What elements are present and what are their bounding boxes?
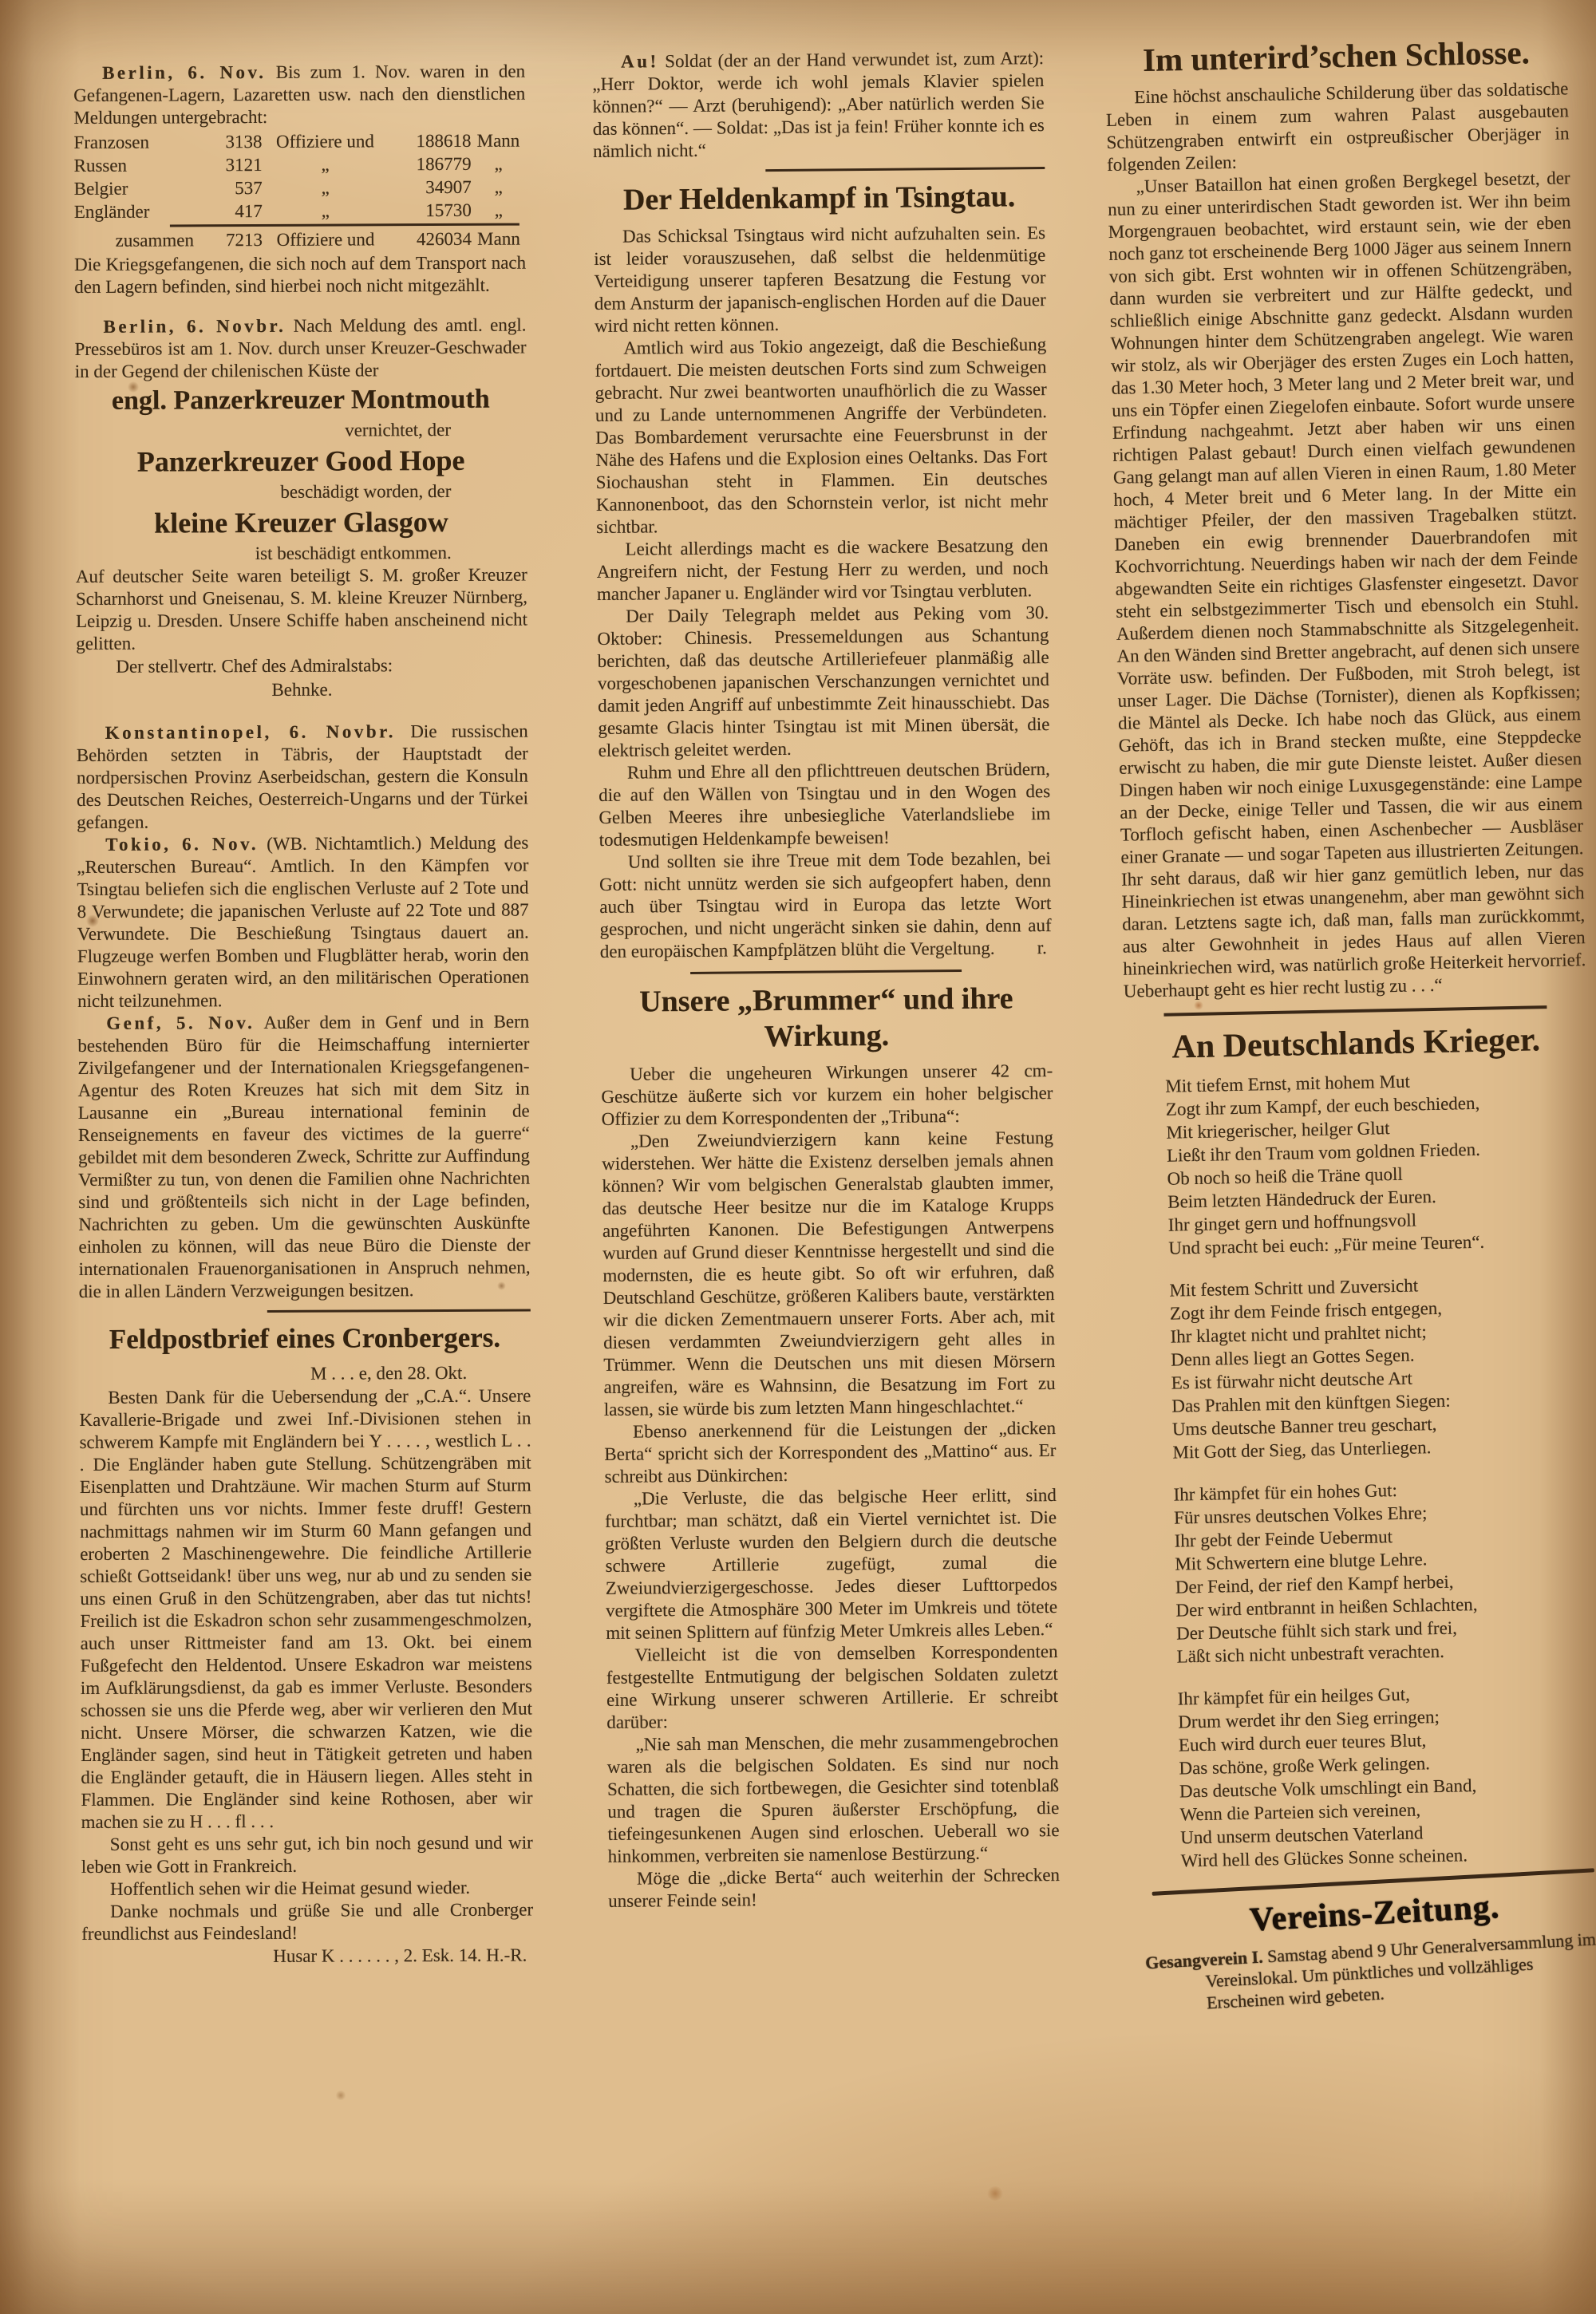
- paragraph: „Die Verluste, die das belgische Heer er…: [605, 1484, 1058, 1645]
- table-sum-row: zusammen 7213 Offiziere und 426034 Mann: [74, 227, 526, 252]
- headline-feldpostbrief: Feldpostbrief eines Cronbergers.: [79, 1321, 531, 1356]
- signature-role: Der stellvertr. Chef des Admiralstabs:: [76, 653, 527, 678]
- section-divider: [690, 969, 962, 974]
- poem-an-deutschlands-krieger: An Deutschlands Krieger. Mit tiefem Erns…: [1124, 1019, 1596, 1873]
- table-cell: Mann: [471, 129, 525, 152]
- table-cell: Offiziere und: [263, 227, 389, 251]
- paragraph: „Nie sah man Menschen, die mehr zusammen…: [606, 1730, 1059, 1868]
- table-cell: Mann: [472, 227, 526, 251]
- paragraph: Leicht allerdings macht es die wackere B…: [596, 535, 1049, 606]
- table-cell: 426034: [389, 227, 472, 251]
- prisoner-table: Franzosen 3138 Offiziere und 188618 Mann…: [73, 129, 526, 252]
- poem-stanza: Mit festem Schritt und Zuversicht Zogt i…: [1169, 1270, 1596, 1464]
- paragraph: Danke nochmals und grüße Sie und alle Cr…: [81, 1898, 533, 1945]
- paragraph: Ruhm und Ehre all den pflichttreuen deut…: [598, 758, 1051, 851]
- table-cell: „: [472, 176, 526, 199]
- paragraph: Besten Dank für die Uebersendung der „C.…: [79, 1384, 532, 1833]
- table-cell: Offiziere und: [262, 129, 388, 153]
- table-cell: 3138: [193, 130, 262, 153]
- paragraph: Ueber die ungeheuren Wirkungen unserer 4…: [601, 1060, 1053, 1131]
- article-genf: Genf, 5. Nov. Außer dem in Genf und in B…: [77, 1010, 531, 1302]
- paragraph: Amtlich wird aus Tokio angezeigt, daß di…: [595, 334, 1048, 539]
- column-right: Im unterird’schen Schlosse. Eine höchst …: [1104, 32, 1596, 2016]
- dateline-konstantinopel: Konstantinopel, 6. Novbr.: [105, 721, 396, 743]
- paragraph: Das Schicksal Tsingtaus wird nicht aufzu…: [594, 222, 1046, 338]
- paper-stain: [335, 2091, 346, 2100]
- notice-text: Samstag abend 9 Uhr Generalversammlung i…: [1205, 1929, 1596, 2012]
- paragraph: Sonst geht es uns sehr gut, ich bin noch…: [81, 1831, 533, 1878]
- paragraph: Die Kriegsgefangenen, die sich noch auf …: [74, 252, 526, 298]
- column-middle: Au! Soldat (der an der Hand verwundet is…: [592, 47, 1060, 1913]
- article-heldenkampf-tsingtau: Der Heldenkampf in Tsingtau. Das Schicks…: [593, 179, 1052, 962]
- table-cell: Franzosen: [73, 130, 193, 154]
- paragraph: Und sollten sie ihre Treue mit dem Tode …: [599, 847, 1052, 963]
- table-cell: 3121: [194, 153, 263, 176]
- table-cell: Engländer: [74, 199, 194, 223]
- paragraph: Berlin, 6. Novbr. Nach Meldung des amtl.…: [74, 314, 526, 383]
- paragraph: „Den Zweiundvierzigern kann keine Festun…: [602, 1127, 1056, 1421]
- headline-good-hope: Panzerkreuzer Good Hope: [75, 442, 527, 480]
- section-divider: [1163, 1005, 1547, 1017]
- table-row: Franzosen 3138 Offiziere und 188618 Mann: [73, 129, 525, 154]
- poem-stanza: Ihr kämpfet für ein hohes Gut: Für unsre…: [1173, 1475, 1596, 1668]
- paragraph: Berlin, 6. Nov. Bis zum 1. Nov. waren in…: [73, 61, 525, 129]
- joke-lead: Au!: [621, 51, 659, 71]
- table-cell: 7213: [194, 228, 263, 251]
- dateline-tokio: Tokio, 6. Nov.: [105, 833, 259, 854]
- paragraph: „Unser Bataillon hat einen großen Bergke…: [1107, 168, 1586, 1003]
- table-cell: „: [262, 152, 388, 176]
- paragraph: Konstantinopel, 6. Novbr. Die russischen…: [77, 720, 529, 833]
- headline-sub: ist beschädigt entkommen.: [76, 541, 527, 565]
- section-vereins-zeitung: Vereins-Zeitung. Gesangverein I. Samstag…: [1142, 1867, 1596, 2016]
- table-cell: „: [263, 176, 389, 199]
- dateline-berlin-2: Berlin, 6. Novbr.: [103, 316, 286, 337]
- headline-schloss: Im unterird’schen Schlosse.: [1104, 32, 1568, 81]
- article-konstantinopel: Konstantinopel, 6. Novbr. Die russischen…: [77, 720, 529, 833]
- headline-sub: vernichtet, der: [75, 418, 527, 442]
- headline-brummer: Unsere „Brummer“ und ihre Wirkung.: [600, 981, 1053, 1057]
- article-cruiser-battle: Berlin, 6. Novbr. Nach Meldung des amtl.…: [74, 314, 527, 703]
- headline-heldenkampf: Der Heldenkampf in Tsingtau.: [593, 179, 1045, 219]
- poem-stanza: Ihr kämpfet für ein heilges Gut, Drum we…: [1177, 1679, 1596, 1873]
- poem-stanza: Mit tiefem Ernst, mit hohem Mut Zogt ihr…: [1165, 1066, 1592, 1260]
- paragraph: Eine höchst anschauliche Schilderung übe…: [1105, 78, 1570, 177]
- signature-name: Behnke.: [76, 677, 527, 702]
- article-feldpostbrief: Feldpostbrief eines Cronbergers. M . . .…: [79, 1321, 534, 1968]
- dateline-genf: Genf, 5. Nov.: [106, 1013, 255, 1033]
- letter-dateline: M . . . e, den 28. Okt.: [79, 1360, 531, 1386]
- paragraph: Ebenso anerkennend für die Leistungen de…: [604, 1417, 1057, 1488]
- table-row: Engländer 417 „ 15730 „: [74, 199, 526, 223]
- newspaper-page: Berlin, 6. Nov. Bis zum 1. Nov. waren in…: [0, 0, 1596, 2314]
- paragraph: Au! Soldat (der an der Hand verwundet is…: [592, 47, 1045, 163]
- table-cell: Belgier: [74, 176, 194, 200]
- letter-signature: Husar K . . . . . . , 2. Esk. 14. H.-R.: [81, 1943, 533, 1968]
- paragraph-text: Soldat (der an der Hand verwundet ist, z…: [592, 48, 1045, 161]
- table-cell: 186779: [388, 152, 471, 176]
- paragraph: Hoffentlich sehen wir die Heimat gesund …: [81, 1876, 533, 1900]
- table-cell: „: [263, 199, 389, 223]
- table-cell: Russen: [74, 153, 194, 177]
- paragraph: Auf deutscher Seite waren beteiligt S. M…: [76, 563, 527, 654]
- article-tokio: Tokio, 6. Nov. (WB. Nichtamtlich.) Meldu…: [77, 831, 529, 1012]
- table-cell: 417: [194, 199, 263, 223]
- table-row: Belgier 537 „ 34907 „: [74, 176, 526, 200]
- table-cell: „: [471, 152, 525, 176]
- paragraph-text: Und sollten sie ihre Treue mit dem Tode …: [599, 848, 1052, 962]
- table-cell: „: [472, 199, 526, 222]
- table-row: Russen 3121 „ 186779 „: [74, 152, 526, 177]
- headline-sub: beschädigt worden, der: [75, 480, 527, 503]
- table-cell: 188618: [388, 129, 471, 152]
- paragraph: Vielleicht ist die von demselben Korresp…: [606, 1641, 1058, 1734]
- dateline-berlin-1: Berlin, 6. Nov.: [102, 62, 267, 83]
- paragraph-text: Außer dem in Genf und in Bern bestehende…: [77, 1011, 530, 1301]
- table-cell: 537: [194, 176, 263, 199]
- headline-montmouth: engl. Panzerkreuzer Montmouth: [75, 383, 527, 419]
- paragraph: Genf, 5. Nov. Außer dem in Genf und in B…: [77, 1010, 531, 1302]
- author-initial: r.: [1037, 937, 1047, 959]
- section-divider: [267, 1309, 531, 1312]
- paragraph: Tokio, 6. Nov. (WB. Nichtamtlich.) Meldu…: [77, 831, 529, 1012]
- table-cell: zusammen: [74, 228, 194, 252]
- section-divider: [765, 167, 1045, 172]
- headline-krieger: An Deutschlands Krieger.: [1124, 1019, 1588, 1068]
- table-cell: 15730: [389, 199, 472, 222]
- table-sum-divider: [170, 223, 519, 227]
- paragraph-text: (WB. Nichtamtlich.) Meldung des „Reuters…: [77, 832, 529, 1010]
- article-joke: Au! Soldat (der an der Hand verwundet is…: [592, 47, 1045, 163]
- article-prisoner-report: Berlin, 6. Nov. Bis zum 1. Nov. waren in…: [73, 61, 526, 298]
- article-brummer: Unsere „Brummer“ und ihre Wirkung. Ueber…: [600, 981, 1060, 1913]
- paragraph: Möge die „dicke Berta“ auch weiterhin de…: [608, 1864, 1060, 1913]
- headline-glasgow: kleine Kreuzer Glasgow: [75, 503, 527, 541]
- table-cell: 34907: [389, 176, 472, 199]
- column-left: Berlin, 6. Nov. Bis zum 1. Nov. waren in…: [73, 61, 533, 1969]
- article-unterirdisches-schloss: Im unterird’schen Schlosse. Eine höchst …: [1104, 32, 1586, 1003]
- paragraph: Der Daily Telegraph meldet aus Peking vo…: [597, 602, 1050, 762]
- paper-stain: [986, 2186, 1004, 2201]
